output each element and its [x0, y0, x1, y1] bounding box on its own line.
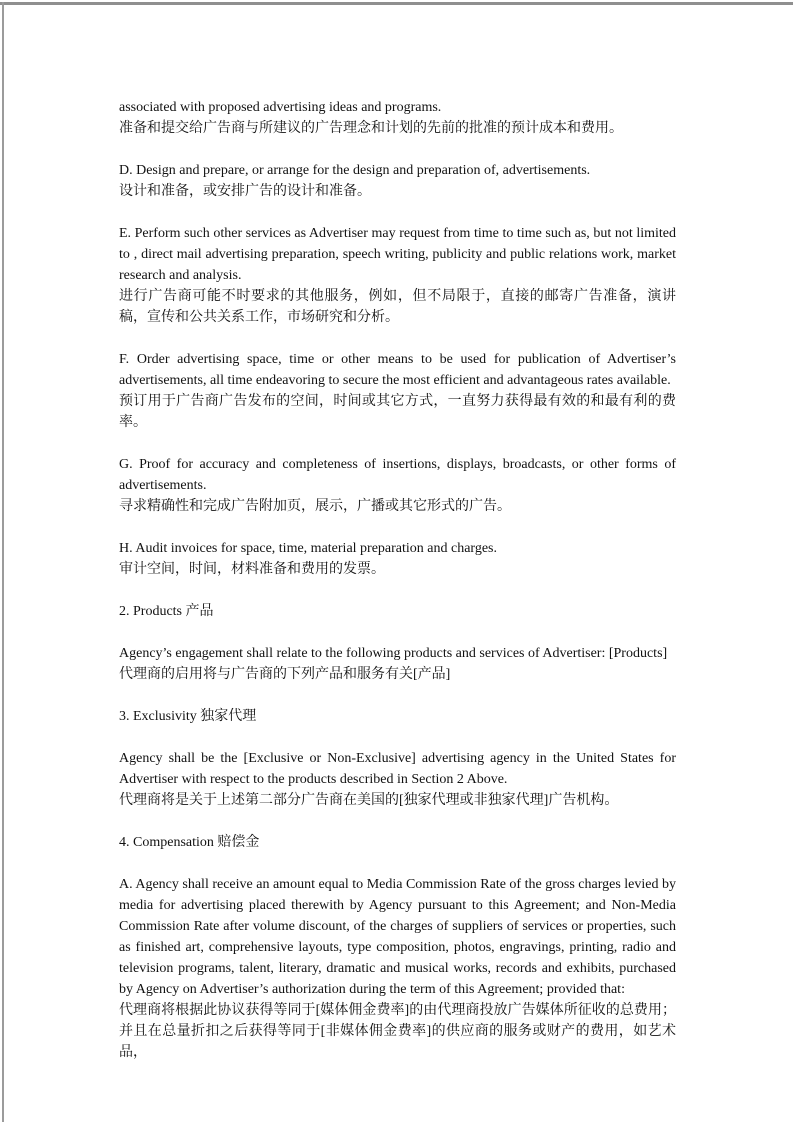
page-top-edge: [0, 2, 793, 5]
paragraph-english-text: E. Perform such other services as Advert…: [119, 223, 676, 286]
paragraph-products: Agency’s engagement shall relate to the …: [119, 643, 676, 685]
paragraph-compensation-a: A. Agency shall receive an amount equal …: [119, 874, 676, 1063]
paragraph-chinese-text: 寻求精确性和完成广告附加页，展示，广播或其它形式的广告。: [119, 496, 676, 517]
paragraph-item-e: E. Perform such other services as Advert…: [119, 223, 676, 328]
section-heading-compensation: 4. Compensation 赔偿金: [119, 832, 676, 853]
paragraph-english-text: F. Order advertising space, time or othe…: [119, 349, 676, 391]
paragraph-chinese-text: 代理商的启用将与广告商的下列产品和服务有关[产品]: [119, 664, 676, 685]
paragraph-english-text: associated with proposed advertising ide…: [119, 97, 676, 118]
page-left-edge: [2, 2, 4, 1122]
paragraph-chinese-text: 设计和准备，或安排广告的设计和准备。: [119, 181, 676, 202]
paragraph-continuation: associated with proposed advertising ide…: [119, 97, 676, 139]
section-heading-products: 2. Products 产品: [119, 601, 676, 622]
section-heading-text: 2. Products 产品: [119, 601, 676, 622]
paragraph-english-text: Agency’s engagement shall relate to the …: [119, 643, 676, 664]
paragraph-english-text: D. Design and prepare, or arrange for th…: [119, 160, 676, 181]
paragraph-item-f: F. Order advertising space, time or othe…: [119, 349, 676, 433]
section-heading-text: 4. Compensation 赔偿金: [119, 832, 676, 853]
paragraph-item-g: G. Proof for accuracy and completeness o…: [119, 454, 676, 517]
paragraph-item-d: D. Design and prepare, or arrange for th…: [119, 160, 676, 202]
paragraph-english-text: H. Audit invoices for space, time, mater…: [119, 538, 676, 559]
section-heading-exclusivity: 3. Exclusivity 独家代理: [119, 706, 676, 727]
paragraph-english-text: A. Agency shall receive an amount equal …: [119, 874, 676, 1000]
paragraph-chinese-text: 审计空间，时间，材料准备和费用的发票。: [119, 559, 676, 580]
document-body: associated with proposed advertising ide…: [119, 97, 676, 1063]
paragraph-english-text: G. Proof for accuracy and completeness o…: [119, 454, 676, 496]
paragraph-exclusivity: Agency shall be the [Exclusive or Non-Ex…: [119, 748, 676, 811]
paragraph-chinese-text: 代理商将根据此协议获得等同于[媒体佣金费率]的由代理商投放广告媒体所征收的总费用…: [119, 1000, 676, 1063]
paragraph-chinese-text: 进行广告商可能不时要求的其他服务，例如，但不局限于，直接的邮寄广告准备，演讲稿，…: [119, 286, 676, 328]
paragraph-chinese-text: 预订用于广告商广告发布的空间，时间或其它方式，一直努力获得最有效的和最有利的费率…: [119, 391, 676, 433]
paragraph-chinese-text: 代理商将是关于上述第二部分广告商在美国的[独家代理或非独家代理]广告机构。: [119, 790, 676, 811]
paragraph-chinese-text: 准备和提交给广告商与所建议的广告理念和计划的先前的批准的预计成本和费用。: [119, 118, 676, 139]
paragraph-item-h: H. Audit invoices for space, time, mater…: [119, 538, 676, 580]
section-heading-text: 3. Exclusivity 独家代理: [119, 706, 676, 727]
paragraph-english-text: Agency shall be the [Exclusive or Non-Ex…: [119, 748, 676, 790]
